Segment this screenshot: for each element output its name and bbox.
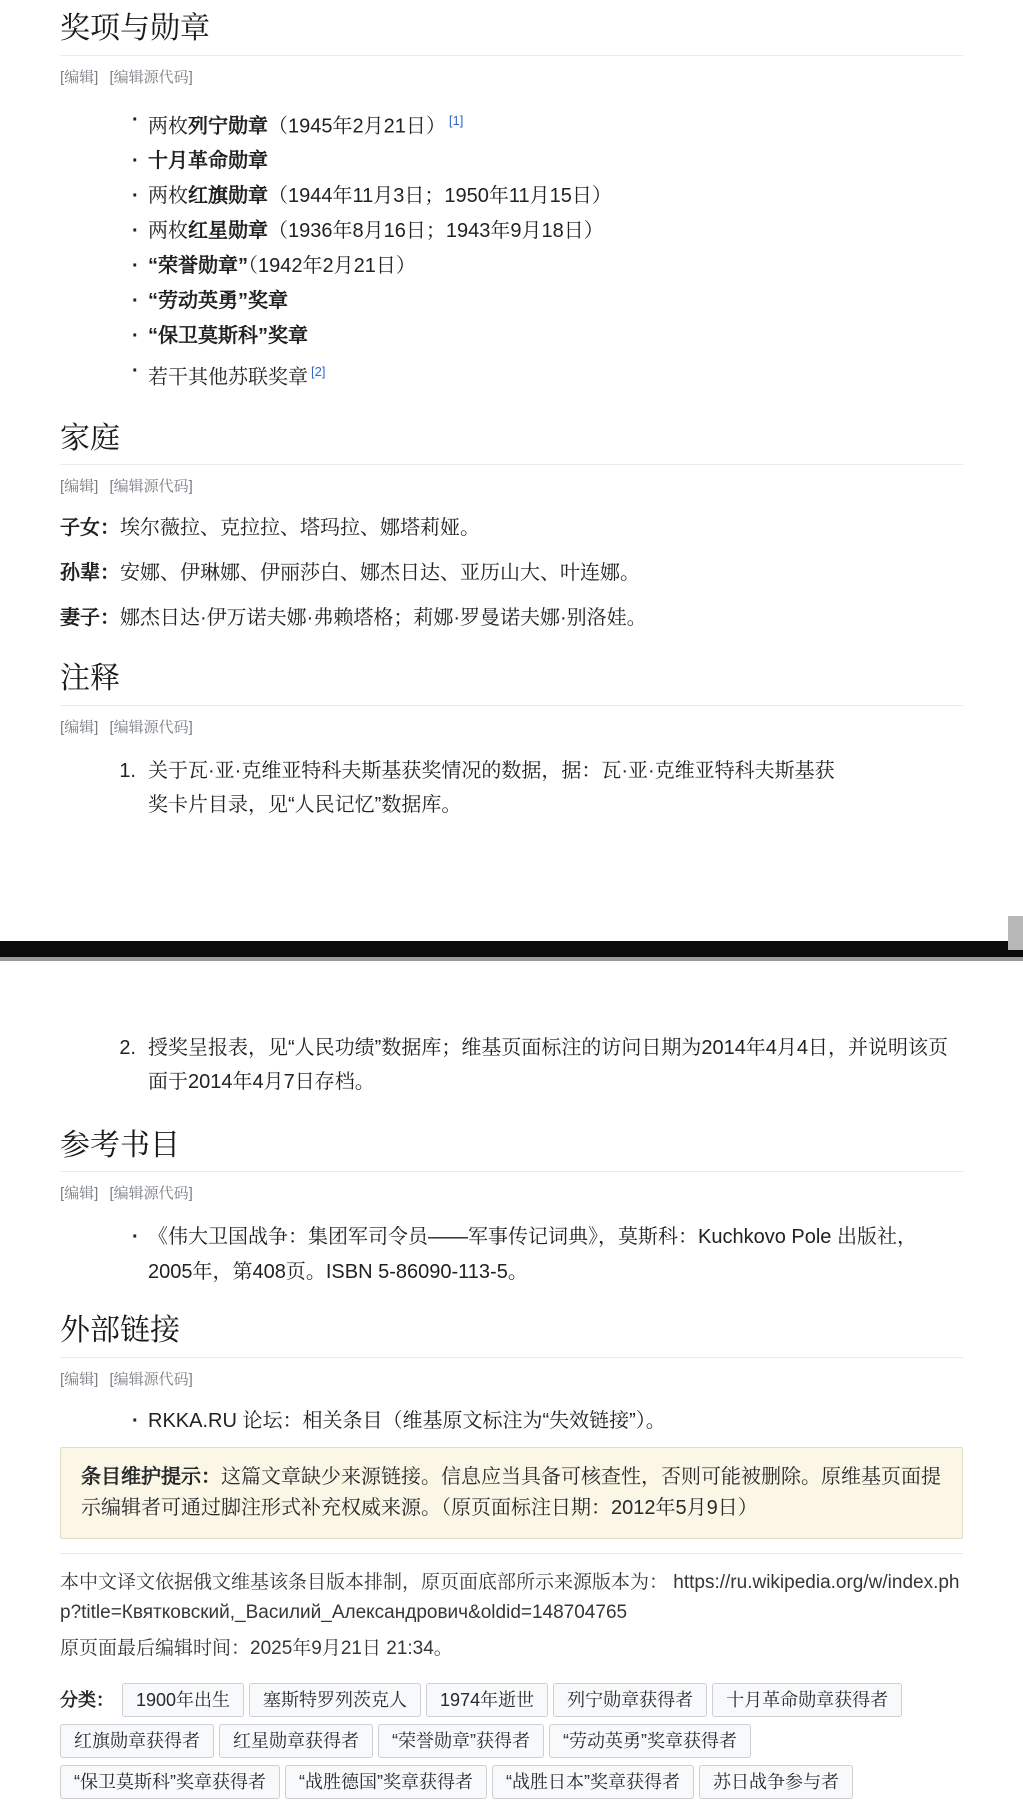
award-prefix: 若干其他苏联奖章 bbox=[148, 367, 308, 389]
category-tag[interactable]: “荣誉勋章”获得者 bbox=[378, 1724, 544, 1758]
edit-source-link[interactable]: [编辑源代码] bbox=[110, 1371, 193, 1388]
awards-list: 两枚列宁勋章（1945年2月21日）[1] 十月革命勋章 两枚红旗勋章（1944… bbox=[60, 103, 963, 396]
note-item-2: 2. 授奖呈报表，见“人民功绩”数据库；维基页面标注的访问日期为2014年4月4… bbox=[60, 1031, 963, 1099]
bibliography-item: 《伟大卫国战争：集团军司令员——军事传记词典》，莫斯科：Kuchkovo Pol… bbox=[148, 1220, 958, 1290]
award-name: “保卫莫斯科”奖章 bbox=[148, 325, 308, 347]
award-name: “劳动英勇”奖章 bbox=[148, 290, 288, 312]
section-notes: 注释 [编辑] [编辑源代码] 1. 关于瓦·亚·克维亚特科夫斯基获奖情况的数据… bbox=[60, 660, 963, 822]
edit-link[interactable]: [编辑] bbox=[60, 1185, 98, 1202]
award-name: 列宁勋章 bbox=[188, 115, 268, 137]
category-tag[interactable]: “保卫莫斯科”奖章获得者 bbox=[60, 1765, 280, 1799]
maintenance-notice: 条目维护提示：这篇文章缺少来源链接。信息应当具备可核查性，否则可能被删除。原维基… bbox=[60, 1447, 963, 1539]
award-date: （1936年8月16日；1943年9月18日） bbox=[268, 220, 604, 242]
note-text: 授奖呈报表，见“人民功绩”数据库；维基页面标注的访问日期为2014年4月4日，并… bbox=[148, 1037, 948, 1093]
category-tag[interactable]: 1900年出生 bbox=[122, 1683, 244, 1717]
family-value: 埃尔薇拉、克拉拉、塔玛拉、娜塔莉娅。 bbox=[120, 517, 480, 539]
award-item: 两枚红星勋章（1936年8月16日；1943年9月18日） bbox=[148, 214, 963, 249]
award-name: “荣誉勋章” bbox=[148, 255, 248, 277]
award-date: （1944年11月3日；1950年11月15日） bbox=[268, 185, 612, 207]
category-label: 分类： bbox=[60, 1690, 114, 1710]
edit-source-link[interactable]: [编辑源代码] bbox=[110, 1185, 193, 1202]
award-prefix: 两枚 bbox=[148, 220, 188, 242]
external-links-list: RKKA.RU 论坛：相关条目（维基原文标注为“失效链接”）。 bbox=[60, 1404, 963, 1439]
page-break-bar bbox=[0, 941, 1023, 961]
section-title-notes: 注释 bbox=[60, 660, 963, 706]
edit-link[interactable]: [编辑] bbox=[60, 478, 98, 495]
award-item: 两枚红旗勋章（1944年11月3日；1950年11月15日） bbox=[148, 179, 963, 214]
section-bibliography: 参考书目 [编辑] [编辑源代码] 《伟大卫国战争：集团军司令员——军事传记词典… bbox=[60, 1127, 963, 1291]
award-prefix: 两枚 bbox=[148, 115, 188, 137]
category-tag[interactable]: 塞斯特罗列茨克人 bbox=[249, 1683, 421, 1717]
section-title-bibliography: 参考书目 bbox=[60, 1127, 963, 1173]
section-title-external-links: 外部链接 bbox=[60, 1312, 963, 1358]
family-row-grandchildren: 孙辈：安娜、伊琳娜、伊丽莎白、娜杰日达、亚历山大、叶连娜。 bbox=[60, 559, 963, 587]
source-version-note: 本中文译文依据俄文维基该条目版本排制，原页面底部所示来源版本为： https:/… bbox=[60, 1568, 963, 1628]
award-item: 十月革命勋章 bbox=[148, 144, 963, 179]
external-link-item: RKKA.RU 论坛：相关条目（维基原文标注为“失效链接”）。 bbox=[148, 1404, 963, 1439]
footer-divider bbox=[60, 1553, 963, 1554]
family-row-children: 子女：埃尔薇拉、克拉拉、塔玛拉、娜塔莉娅。 bbox=[60, 514, 963, 542]
footnote-ref-1[interactable]: [1] bbox=[449, 113, 463, 128]
category-tag[interactable]: 列宁勋章获得者 bbox=[553, 1683, 707, 1717]
bibliography-list: 《伟大卫国战争：集团军司令员——军事传记词典》，莫斯科：Kuchkovo Pol… bbox=[60, 1220, 963, 1290]
category-tag[interactable]: “战胜德国”奖章获得者 bbox=[285, 1765, 487, 1799]
award-prefix: 两枚 bbox=[148, 185, 188, 207]
section-awards: 奖项与勋章 [编辑] [编辑源代码] 两枚列宁勋章（1945年2月21日）[1]… bbox=[60, 10, 963, 396]
note-text: 关于瓦·亚·克维亚特科夫斯基获奖情况的数据，据：瓦·亚·克维亚特科夫斯基获奖卡片… bbox=[148, 754, 838, 822]
note-number: 2. bbox=[106, 1031, 136, 1065]
award-item: “劳动英勇”奖章 bbox=[148, 284, 963, 319]
article-page: 奖项与勋章 [编辑] [编辑源代码] 两枚列宁勋章（1945年2月21日）[1]… bbox=[0, 0, 1023, 1800]
section-title-awards: 奖项与勋章 bbox=[60, 10, 963, 56]
family-value: 娜杰日达·伊万诺夫娜·弗赖塔格；莉娜·罗曼诺夫娜·别洛娃。 bbox=[120, 607, 647, 629]
category-tag[interactable]: “战胜日本”奖章获得者 bbox=[492, 1765, 694, 1799]
edit-link[interactable]: [编辑] bbox=[60, 69, 98, 86]
edit-links-bibliography: [编辑] [编辑源代码] bbox=[60, 1183, 963, 1204]
category-tag[interactable]: “劳动英勇”奖章获得者 bbox=[549, 1724, 751, 1758]
edit-links-external: [编辑] [编辑源代码] bbox=[60, 1369, 963, 1390]
family-value: 安娜、伊琳娜、伊丽莎白、娜杰日达、亚历山大、叶连娜。 bbox=[120, 562, 640, 584]
edit-links-notes: [编辑] [编辑源代码] bbox=[60, 717, 963, 738]
family-label: 子女： bbox=[60, 517, 120, 539]
section-external-links: 外部链接 [编辑] [编辑源代码] RKKA.RU 论坛：相关条目（维基原文标注… bbox=[60, 1312, 963, 1439]
category-links: 分类：1900年出生塞斯特罗列茨克人1974年逝世列宁勋章获得者十月革命勋章获得… bbox=[60, 1680, 963, 1800]
award-item: “荣誉勋章”（1942年2月21日） bbox=[148, 249, 963, 284]
edit-source-link[interactable]: [编辑源代码] bbox=[110, 69, 193, 86]
family-label: 妻子： bbox=[60, 607, 120, 629]
edit-link[interactable]: [编辑] bbox=[60, 1371, 98, 1388]
category-tag[interactable]: 苏日战争参与者 bbox=[699, 1765, 853, 1799]
edit-links-family: [编辑] [编辑源代码] bbox=[60, 476, 963, 497]
section-family: 家庭 [编辑] [编辑源代码] 子女：埃尔薇拉、克拉拉、塔玛拉、娜塔莉娅。 孙辈… bbox=[60, 420, 963, 633]
footnote-ref-2[interactable]: [2] bbox=[311, 364, 325, 379]
note-item-1: 1. 关于瓦·亚·克维亚特科夫斯基获奖情况的数据，据：瓦·亚·克维亚特科夫斯基获… bbox=[60, 754, 963, 822]
award-name: 红星勋章 bbox=[188, 220, 268, 242]
edit-link[interactable]: [编辑] bbox=[60, 719, 98, 736]
award-name: 红旗勋章 bbox=[188, 185, 268, 207]
award-date: （1945年2月21日） bbox=[268, 115, 446, 137]
category-tag[interactable]: 1974年逝世 bbox=[426, 1683, 548, 1717]
maintenance-notice-label: 条目维护提示： bbox=[81, 1466, 221, 1488]
family-label: 孙辈： bbox=[60, 562, 120, 584]
edit-links-awards: [编辑] [编辑源代码] bbox=[60, 67, 963, 88]
category-tag[interactable]: 红旗勋章获得者 bbox=[60, 1724, 214, 1758]
note-number: 1. bbox=[106, 754, 136, 788]
section-title-family: 家庭 bbox=[60, 420, 963, 466]
award-item: 若干其他苏联奖章[2] bbox=[148, 354, 963, 396]
category-tag[interactable]: 红星勋章获得者 bbox=[219, 1724, 373, 1758]
award-item: “保卫莫斯科”奖章 bbox=[148, 319, 963, 354]
award-item: 两枚列宁勋章（1945年2月21日）[1] bbox=[148, 103, 963, 145]
last-edited-note: 原页面最后编辑时间：2025年9月21日 21:34。 bbox=[60, 1634, 963, 1664]
family-row-wives: 妻子：娜杰日达·伊万诺夫娜·弗赖塔格；莉娜·罗曼诺夫娜·别洛娃。 bbox=[60, 604, 963, 632]
category-tag[interactable]: 十月革命勋章获得者 bbox=[712, 1683, 902, 1717]
award-name: 十月革命勋章 bbox=[148, 150, 268, 172]
award-date: （1942年2月21日） bbox=[248, 255, 416, 277]
edit-source-link[interactable]: [编辑源代码] bbox=[110, 719, 193, 736]
scrollbar-thumb[interactable] bbox=[1008, 916, 1023, 950]
edit-source-link[interactable]: [编辑源代码] bbox=[110, 478, 193, 495]
